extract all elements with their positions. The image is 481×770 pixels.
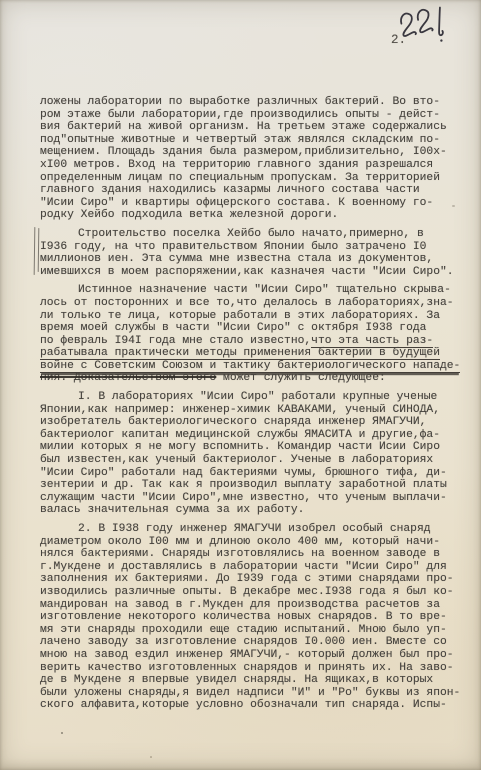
- text-line: мя эти снаряды проходили еще стадию испы…: [40, 624, 474, 637]
- handwritten-number-value: 221: [396, 53, 397, 54]
- text-line: 2. В I938 году инженер ЯМАГУЧИ изобрел о…: [40, 523, 474, 536]
- text-line: зентерии и др. Так как я производил выпл…: [40, 479, 474, 492]
- scanned-document-page: 221 2. ложены лаборатории по выработке р…: [0, 0, 481, 770]
- text-segment: вия бактерий на живой организм. На треть…: [40, 121, 447, 133]
- text-line: мандирован на завод в г.Мукден для произ…: [40, 599, 474, 612]
- text-segment: изводились различные опыты. В декабре ме…: [40, 586, 454, 598]
- paragraph: I. В лабораториях "Исии Сиро" работали к…: [40, 391, 474, 517]
- paragraph: ложены лаборатории по выработке различны…: [40, 96, 474, 222]
- text-line: родку Хейбо подходила ветка железной дор…: [40, 209, 474, 222]
- text-line: изобретатель бактериологического снаряда…: [40, 416, 474, 429]
- paragraph: Строительство поселка Хейбо было начато,…: [40, 228, 474, 278]
- text-line: Строительство поселка Хейбо было начато,…: [40, 228, 474, 241]
- text-line: ли только те лица, которые работали в эт…: [40, 310, 474, 323]
- text-segment: 2. В I938 году инженер ЯМАГУЧИ изобрел о…: [78, 523, 431, 535]
- text-segment: верить качество изготовленных снарядов и…: [40, 662, 454, 674]
- text-line: миллионов иен. Эта сумма мне известна ст…: [40, 253, 474, 266]
- text-segment: были уложены снаряды,я видел надписи "И"…: [40, 687, 460, 699]
- text-segment: под"опытные животные и четвертый этаж яв…: [40, 134, 440, 146]
- text-segment: Строительство поселка Хейбо было начато,…: [78, 228, 424, 240]
- text-segment: "Исии Сиро" работали над бактериями чумы…: [40, 467, 447, 479]
- pen-marked-text: рабатывала практически методы применения…: [40, 347, 440, 360]
- paper-speck: [150, 756, 152, 758]
- text-segment: по февраль I94I года мне стало известно,: [40, 335, 311, 347]
- text-segment: изготовление некоторого количества новых…: [40, 611, 447, 623]
- text-segment: определенным лицам по специальным пропус…: [40, 172, 440, 184]
- text-segment: мною на завод ездил инженер ЯМАГУЧИ,- ко…: [40, 649, 454, 661]
- text-line: войне с Советским Союзом и тактику бакте…: [40, 360, 474, 373]
- typed-page-number: 2.: [391, 33, 406, 47]
- text-segment: ли только те лица, которые работали в эт…: [40, 310, 440, 322]
- text-line: I. В лабораториях "Исии Сиро" работали к…: [40, 391, 474, 404]
- text-line: Японии,как например: инженер-химик КАВАК…: [40, 404, 474, 417]
- text-line: хI00 метров. Вход на территорию главного…: [40, 159, 474, 172]
- text-line: служащим части "Исии Сиро",мне известно,…: [40, 492, 474, 505]
- text-segment: зентерии и др. Так как я производил выпл…: [40, 479, 447, 491]
- text-line: были уложены снаряды,я видел надписи "И"…: [40, 687, 474, 700]
- text-segment: миллионов иен. Эта сумма мне известна ст…: [40, 253, 433, 265]
- text-line: заполнения их бактериями. До I939 года с…: [40, 573, 474, 586]
- text-line: мною на завод ездил инженер ЯМАГУЧИ,- ко…: [40, 649, 474, 662]
- text-segment: I. В лабораториях "Исии Сиро" работали к…: [78, 391, 437, 403]
- text-segment: главного здания находились казармы лично…: [40, 184, 420, 196]
- margin-mark-line: [34, 227, 36, 275]
- text-segment: бактериолог капитан медицинской службы Я…: [40, 429, 440, 441]
- text-segment: мещением. Площадь здания была размером,п…: [40, 146, 447, 158]
- text-line: верить качество изготовленных снарядов и…: [40, 662, 474, 675]
- text-segment: родку Хейбо подходила ветка железной дор…: [40, 209, 338, 221]
- text-line: диаметром около I00 мм и длиною около 40…: [40, 536, 474, 549]
- text-segment: нялся бактериями. Снаряды изготовлялись …: [40, 548, 440, 560]
- text-segment: Японии,как например: инженер-химик КАВАК…: [40, 404, 440, 416]
- paper-speck: [452, 205, 455, 207]
- text-line: под"опытные животные и четвертый этаж яв…: [40, 134, 474, 147]
- text-segment: "Исии Сиро" и квартиры офицерского соста…: [40, 197, 433, 209]
- text-segment: изобретатель бактериологического снаряда…: [40, 416, 426, 428]
- text-line: имевшихся в моем распоряжении,как казнач…: [40, 266, 474, 279]
- pen-marked-text: что эта часть раз-: [311, 335, 433, 348]
- text-segment: ром этаже были лаборатории,где производи…: [40, 109, 440, 121]
- text-line: ром этаже были лаборатории,где производи…: [40, 109, 474, 122]
- text-segment: Истинное назначение части "Исии Сиро" тщ…: [78, 284, 451, 296]
- text-segment: имевшихся в моем распоряжении,как казнач…: [40, 266, 454, 278]
- text-line: изводились различные опыты. В декабре ме…: [40, 586, 474, 599]
- text-line: мещением. Площадь здания была размером,п…: [40, 146, 474, 159]
- paragraph: 2. В I938 году инженер ЯМАГУЧИ изобрел о…: [40, 523, 474, 712]
- document-body: ложены лаборатории по выработке различны…: [40, 96, 474, 712]
- text-segment: служащим части "Исии Сиро",мне известно,…: [40, 492, 447, 504]
- text-segment: диаметром около I00 мм и длиною около 40…: [40, 536, 440, 548]
- text-line: бактериолог капитан медицинской службы Я…: [40, 429, 474, 442]
- text-line: лачено заводу за изготовление снарядов I…: [40, 636, 474, 649]
- paragraph: Истинное назначение части "Исии Сиро" тщ…: [40, 284, 474, 385]
- text-line: лось от посторонних и все то,что делалос…: [40, 297, 474, 310]
- text-segment: лось от посторонних и все то,что делалос…: [40, 297, 454, 309]
- text-line: де в Мукдене я впервые увидел снаряды. Н…: [40, 674, 474, 687]
- text-line: изготовление некоторого количества новых…: [40, 611, 474, 624]
- pen-marked-text: ния. Доказательством этого: [40, 372, 216, 384]
- text-segment: мя эти снаряды проходили еще стадию испы…: [40, 624, 447, 636]
- text-line: определенным лицам по специальным пропус…: [40, 172, 474, 185]
- text-segment: де в Мукдене я впервые увидел снаряды. Н…: [40, 674, 433, 686]
- text-line: ского алфавита,которые условно обозначал…: [40, 699, 474, 712]
- text-line: вия бактерий на живой организм. На треть…: [40, 121, 474, 134]
- text-line: нялся бактериями. Снаряды изготовлялись …: [40, 548, 474, 561]
- text-segment: мандирован на завод в г.Мукден для произ…: [40, 599, 440, 611]
- text-segment: хI00 метров. Вход на территорию главного…: [40, 159, 433, 171]
- text-line: Истинное назначение части "Исии Сиро" тщ…: [40, 284, 474, 297]
- text-segment: I936 году, на что правительством Японии …: [40, 241, 426, 253]
- text-segment: лачено заводу за изготовление снарядов I…: [40, 636, 447, 648]
- text-line: валась значительная сумма за их работу.: [40, 504, 474, 517]
- pen-marked-text: войне с Советским Союзом и тактику бакте…: [40, 360, 460, 373]
- text-line: г.Мукдене и доставлялись в лаборатории ч…: [40, 561, 474, 574]
- text-segment: заполнения их бактериями. До I939 года с…: [40, 573, 454, 585]
- text-line: ложены лаборатории по выработке различны…: [40, 96, 474, 109]
- text-segment: был известен,как ученый бактериолог. Уче…: [40, 454, 433, 466]
- text-segment: может служить следующее:: [216, 372, 385, 384]
- text-line: "Исии Сиро" и квартиры офицерского соста…: [40, 197, 474, 210]
- text-line: был известен,как ученый бактериолог. Уче…: [40, 454, 474, 467]
- text-segment: ского алфавита,которые условно обозначал…: [40, 699, 447, 711]
- text-line: по февраль I94I года мне стало известно,…: [40, 335, 474, 348]
- text-line: время моей службы в части "Исии Сиро" с …: [40, 322, 474, 335]
- text-line: милии которых я не могу вспомнить. Коман…: [40, 441, 474, 454]
- text-segment: валась значительная сумма за их работу.: [40, 504, 304, 516]
- text-segment: милии которых я не могу вспомнить. Коман…: [40, 441, 440, 453]
- text-line: I936 году, на что правительством Японии …: [40, 241, 474, 254]
- paper-speck: [61, 732, 63, 734]
- text-line: "Исии Сиро" работали над бактериями чумы…: [40, 467, 474, 480]
- text-segment: г.Мукдене и доставлялись в лаборатории ч…: [40, 561, 447, 573]
- text-line: главного здания находились казармы лично…: [40, 184, 474, 197]
- text-line: ния. Доказательством этого может служить…: [40, 372, 474, 385]
- text-segment: ложены лаборатории по выработке различны…: [40, 96, 440, 108]
- text-line: рабатывала практически методы применения…: [40, 347, 474, 360]
- text-segment: время моей службы в части "Исии Сиро" с …: [40, 322, 426, 334]
